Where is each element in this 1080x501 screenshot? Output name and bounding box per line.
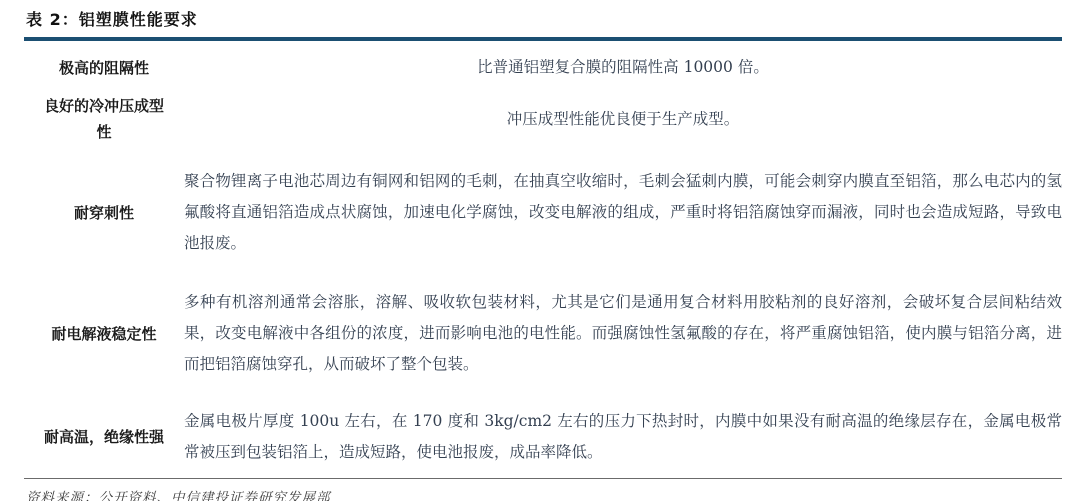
property-label: 耐电解液稳定性 xyxy=(51,321,156,347)
property-label: 耐高温，绝缘性强 xyxy=(44,424,164,450)
property-label: 极高的阻隔性 xyxy=(59,55,149,81)
description-cell: 金属电极片厚度 100u 左右，在 170 度和 3kg/cm2 左右的压力下热… xyxy=(184,406,1062,468)
description-cell: 多种有机溶剂通常会溶胀，溶解、吸收软包装材料，尤其是它们是通用复合材料用胶粘剂的… xyxy=(184,287,1062,380)
source-note: 资料来源：公开资料、中信建投证券研究发展部 xyxy=(24,479,1062,501)
property-cell: 极高的阻隔性 xyxy=(24,52,184,83)
table-row: 良好的冷冲压成型性 冲压成型性能优良便于生产成型。 xyxy=(24,89,1062,153)
table-row: 耐穿刺性 聚合物锂离子电池芯周边有铜网和铝网的毛刺，在抽真空收缩时，毛刺会猛刺内… xyxy=(24,153,1062,273)
property-cell: 耐穿刺性 xyxy=(24,166,184,259)
top-rule-divider xyxy=(24,37,1062,41)
property-cell: 耐高温，绝缘性强 xyxy=(24,406,184,468)
property-label: 良好的冷冲压成型性 xyxy=(40,93,168,145)
table-title: 表 2：铝塑膜性能要求 xyxy=(26,7,1062,30)
table-row: 极高的阻隔性 比普通铝塑复合膜的阻隔性高 10000 倍。 xyxy=(24,44,1062,89)
table-row: 耐电解液稳定性 多种有机溶剂通常会溶胀，溶解、吸收软包装材料，尤其是它们是通用复… xyxy=(24,273,1062,394)
description-cell: 聚合物锂离子电池芯周边有铜网和铝网的毛刺，在抽真空收缩时，毛刺会猛刺内膜，可能会… xyxy=(184,166,1062,259)
property-cell: 良好的冷冲压成型性 xyxy=(24,93,184,145)
table-row: 耐高温，绝缘性强 金属电极片厚度 100u 左右，在 170 度和 3kg/cm… xyxy=(24,394,1062,476)
performance-table: 极高的阻隔性 比普通铝塑复合膜的阻隔性高 10000 倍。 良好的冷冲压成型性 … xyxy=(24,44,1062,476)
report-table-figure: 表 2：铝塑膜性能要求 极高的阻隔性 比普通铝塑复合膜的阻隔性高 10000 倍… xyxy=(0,0,1080,501)
description-cell: 冲压成型性能优良便于生产成型。 xyxy=(184,104,1062,135)
property-label: 耐穿刺性 xyxy=(74,200,134,226)
description-cell: 比普通铝塑复合膜的阻隔性高 10000 倍。 xyxy=(184,52,1062,83)
property-cell: 耐电解液稳定性 xyxy=(24,287,184,380)
